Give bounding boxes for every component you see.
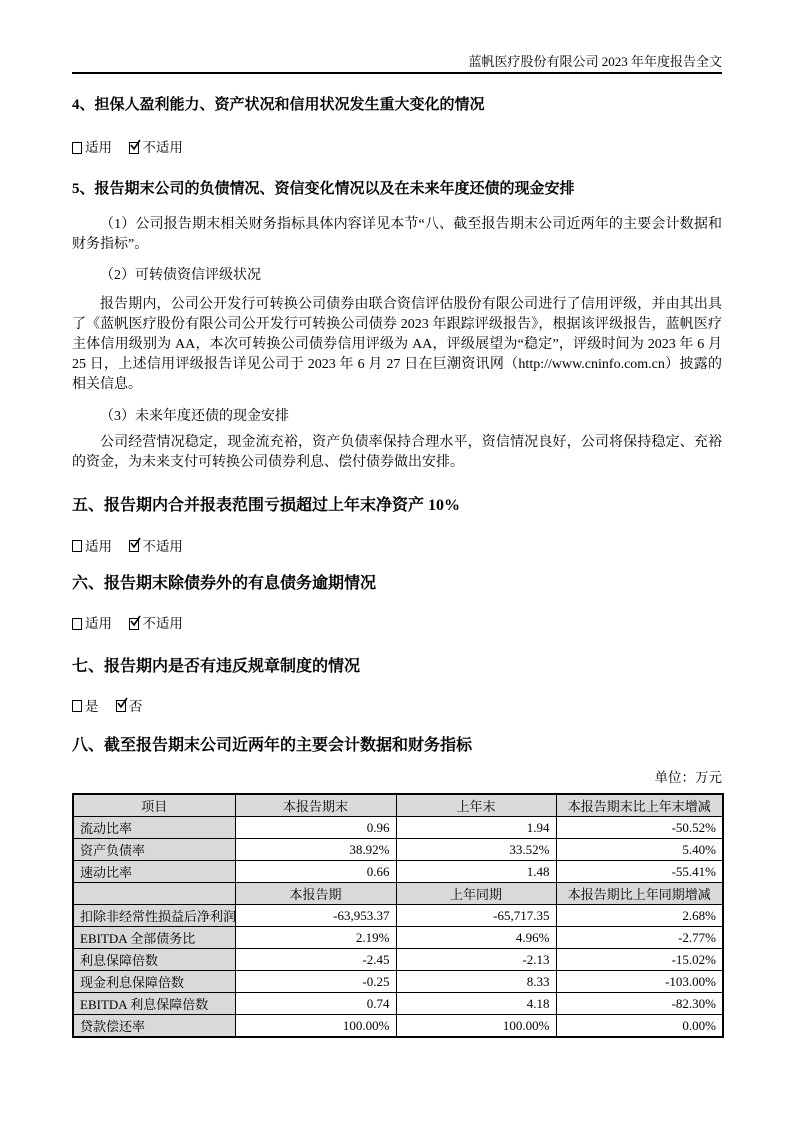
checkbox-icon bbox=[72, 540, 82, 552]
section-4-applicability-line: 适用 不适用 bbox=[72, 139, 722, 158]
table-row-label: 资产负债率 bbox=[73, 839, 235, 861]
table-unit-label: 单位：万元 bbox=[72, 769, 722, 787]
table-row: 扣除非经常性损益后净利润 -63,953.37 -65,717.35 2.68% bbox=[73, 905, 723, 927]
checkbox-icon bbox=[116, 700, 126, 712]
document-header: 蓝帆医疗股份有限公司 2023 年年度报告全文 bbox=[72, 0, 722, 74]
table-row: 资产负债率 38.92% 33.52% 5.40% bbox=[73, 839, 723, 861]
section-wu-heading: 五、报告期内合并报表范围亏损超过上年末净资产 10% bbox=[72, 495, 722, 517]
table-header-cell: 本报告期末比上年末增减 bbox=[556, 794, 723, 817]
table-cell: 5.40% bbox=[556, 839, 723, 861]
checkbox-not-applicable: 不适用 bbox=[129, 538, 183, 555]
section-ba-heading: 八、截至报告期末公司近两年的主要会计数据和财务指标 bbox=[72, 735, 722, 757]
table-row: 流动比率 0.96 1.94 -50.52% bbox=[73, 817, 723, 839]
section-5-paragraph-2: 报告期内，公司公开发行可转换公司债券由联合资信评估股份有限公司进行了信用评级，并… bbox=[72, 295, 722, 395]
section-qi-heading: 七、报告期内是否有违反规章制度的情况 bbox=[72, 656, 722, 678]
document-content: 蓝帆医疗股份有限公司 2023 年年度报告全文 4、担保人盈利能力、资产状况和信… bbox=[72, 0, 722, 1038]
table-row-label: 流动比率 bbox=[73, 817, 235, 839]
checkbox-label: 不适用 bbox=[142, 615, 183, 632]
document-page: 蓝帆医疗股份有限公司 2023 年年度报告全文 4、担保人盈利能力、资产状况和信… bbox=[0, 0, 793, 1122]
section-wu-applicability-line: 适用 不适用 bbox=[72, 538, 722, 557]
table-cell: 2.19% bbox=[235, 927, 396, 949]
check-icon bbox=[129, 139, 141, 152]
table-cell: 100.00% bbox=[396, 1015, 556, 1038]
checkbox-label: 适用 bbox=[85, 615, 112, 632]
checkbox-label: 适用 bbox=[85, 538, 112, 555]
table-row-label: 速动比率 bbox=[73, 861, 235, 883]
table-cell: -2.77% bbox=[556, 927, 723, 949]
checkbox-label: 适用 bbox=[85, 139, 112, 156]
table-header-cell: 本报告期末 bbox=[235, 794, 396, 817]
table-cell: 0.74 bbox=[235, 993, 396, 1015]
table-cell: 4.96% bbox=[396, 927, 556, 949]
table-row-label: 现金利息保障倍数 bbox=[73, 971, 235, 993]
section-5-heading: 5、报告期末公司的负债情况、资信变化情况以及在未来年度还债的现金安排 bbox=[72, 179, 722, 199]
checkbox-no: 否 bbox=[116, 698, 143, 715]
table-cell: 0.00% bbox=[556, 1015, 723, 1038]
section-4-heading: 4、担保人盈利能力、资产状况和信用状况发生重大变化的情况 bbox=[72, 95, 722, 115]
table-cell: -63,953.37 bbox=[235, 905, 396, 927]
section-qi-yesno-line: 是 否 bbox=[72, 698, 722, 717]
table-row: EBITDA 全部债务比 2.19% 4.96% -2.77% bbox=[73, 927, 723, 949]
table-cell: -103.00% bbox=[556, 971, 723, 993]
checkbox-not-applicable: 不适用 bbox=[129, 615, 183, 632]
table-cell: 33.52% bbox=[396, 839, 556, 861]
checkbox-icon bbox=[72, 700, 82, 712]
section-liu-heading: 六、报告期末除债券外的有息债务逾期情况 bbox=[72, 573, 722, 595]
checkbox-icon bbox=[129, 540, 139, 552]
table-row-label: EBITDA 利息保障倍数 bbox=[73, 993, 235, 1015]
table-header-cell: 项目 bbox=[73, 794, 235, 817]
table-cell: 4.18 bbox=[396, 993, 556, 1015]
checkbox-not-applicable: 不适用 bbox=[129, 139, 183, 156]
table-cell: 8.33 bbox=[396, 971, 556, 993]
section-5-subheading-2: （2）可转债资信评级状况 bbox=[72, 266, 722, 286]
checkbox-icon bbox=[129, 618, 139, 630]
table-header-row: 本报告期 上年同期 本报告期比上年同期增减 bbox=[73, 883, 723, 905]
section-5-subheading-3: （3）未来年度还债的现金安排 bbox=[72, 407, 722, 427]
checkbox-applicable: 适用 bbox=[72, 615, 112, 632]
table-cell: -0.25 bbox=[235, 971, 396, 993]
checkbox-icon bbox=[72, 142, 82, 154]
table-row: EBITDA 利息保障倍数 0.74 4.18 -82.30% bbox=[73, 993, 723, 1015]
section-liu-applicability-line: 适用 不适用 bbox=[72, 615, 722, 634]
table-cell: -2.13 bbox=[396, 949, 556, 971]
table-cell: -55.41% bbox=[556, 861, 723, 883]
table-cell: 1.94 bbox=[396, 817, 556, 839]
table-cell: 0.96 bbox=[235, 817, 396, 839]
table-header-cell: 上年末 bbox=[396, 794, 556, 817]
table-row: 速动比率 0.66 1.48 -55.41% bbox=[73, 861, 723, 883]
table-row-label: 扣除非经常性损益后净利润 bbox=[73, 905, 235, 927]
table-cell: 2.68% bbox=[556, 905, 723, 927]
financial-indicators-table: 项目 本报告期末 上年末 本报告期末比上年末增减 流动比率 0.96 1.94 … bbox=[72, 793, 724, 1038]
section-5-paragraph-3: 公司经营情况稳定，现金流充裕，资产负债率保持合理水平，资信情况良好，公司将保持稳… bbox=[72, 433, 722, 473]
checkbox-label: 不适用 bbox=[142, 538, 183, 555]
table-header-cell: 本报告期比上年同期增减 bbox=[556, 883, 723, 905]
check-icon bbox=[116, 697, 128, 710]
check-icon bbox=[129, 537, 141, 550]
table-cell: -82.30% bbox=[556, 993, 723, 1015]
table-row: 现金利息保障倍数 -0.25 8.33 -103.00% bbox=[73, 971, 723, 993]
table-row: 贷款偿还率 100.00% 100.00% 0.00% bbox=[73, 1015, 723, 1038]
table-cell: 0.66 bbox=[235, 861, 396, 883]
checkbox-label: 否 bbox=[129, 698, 143, 715]
table-header-cell bbox=[73, 883, 235, 905]
checkbox-label: 不适用 bbox=[142, 139, 183, 156]
table-row-label: EBITDA 全部债务比 bbox=[73, 927, 235, 949]
checkbox-icon bbox=[129, 142, 139, 154]
table-row-label: 利息保障倍数 bbox=[73, 949, 235, 971]
check-icon bbox=[129, 615, 141, 628]
checkbox-label: 是 bbox=[85, 698, 99, 715]
checkbox-yes: 是 bbox=[72, 698, 99, 715]
table-cell: -50.52% bbox=[556, 817, 723, 839]
table-cell: -2.45 bbox=[235, 949, 396, 971]
table-cell: 38.92% bbox=[235, 839, 396, 861]
table-cell: 100.00% bbox=[235, 1015, 396, 1038]
table-cell: -65,717.35 bbox=[396, 905, 556, 927]
section-5-paragraph-1: （1）公司报告期末相关财务指标具体内容详见本节“八、截至报告期末公司近两年的主要… bbox=[72, 215, 722, 255]
checkbox-icon bbox=[72, 618, 82, 630]
table-row-label: 贷款偿还率 bbox=[73, 1015, 235, 1038]
checkbox-applicable: 适用 bbox=[72, 139, 112, 156]
table-header-row: 项目 本报告期末 上年末 本报告期末比上年末增减 bbox=[73, 794, 723, 817]
table-cell: 1.48 bbox=[396, 861, 556, 883]
document-header-title: 蓝帆医疗股份有限公司 2023 年年度报告全文 bbox=[72, 54, 722, 72]
table-header-cell: 本报告期 bbox=[235, 883, 396, 905]
table-row: 利息保障倍数 -2.45 -2.13 -15.02% bbox=[73, 949, 723, 971]
table-header-cell: 上年同期 bbox=[396, 883, 556, 905]
checkbox-applicable: 适用 bbox=[72, 538, 112, 555]
table-cell: -15.02% bbox=[556, 949, 723, 971]
